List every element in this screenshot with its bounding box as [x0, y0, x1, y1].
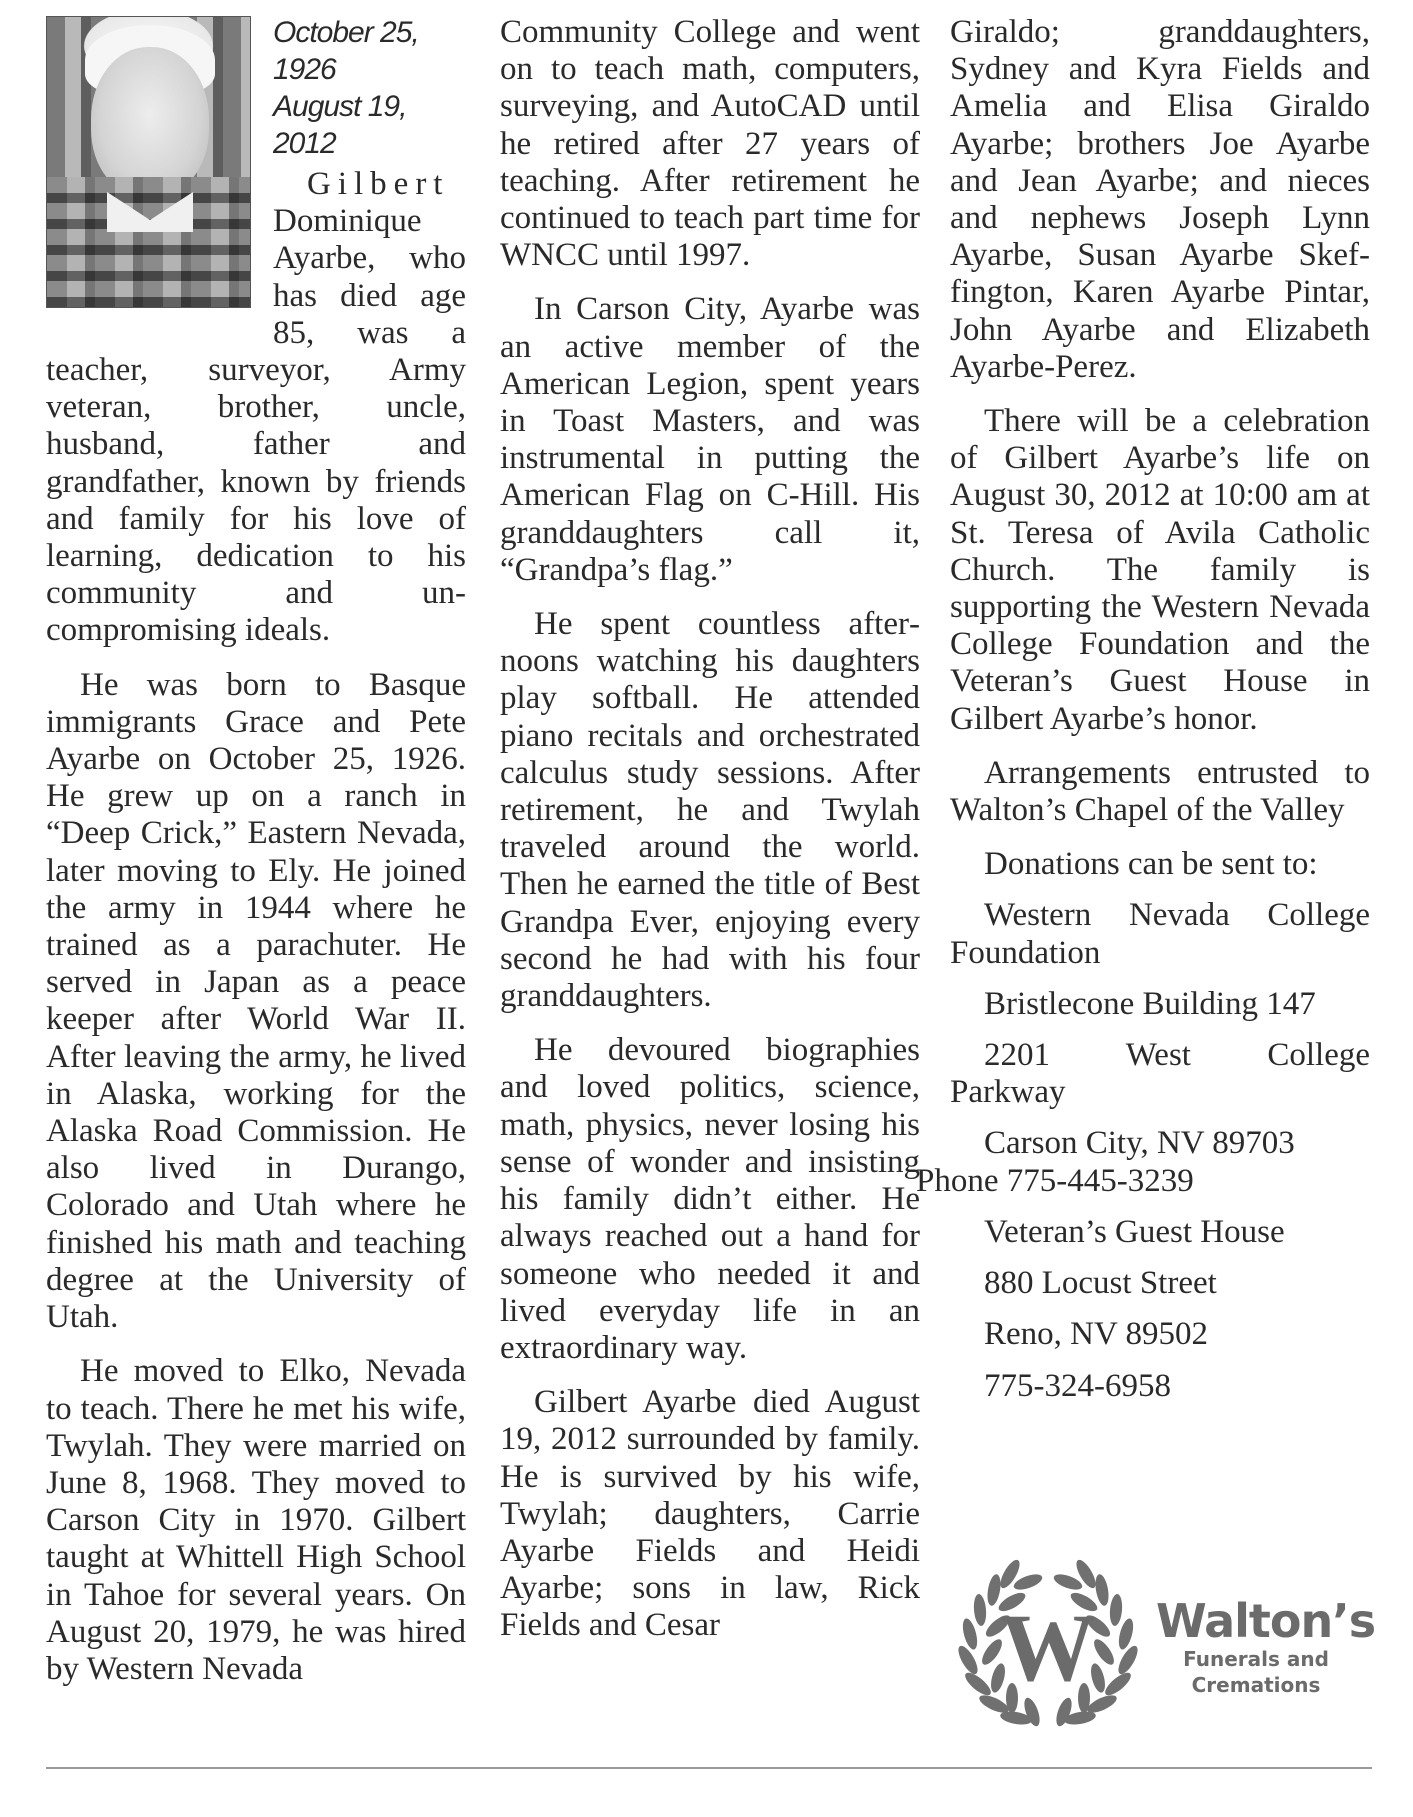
donation-org1-street: 2201 West College Parkway: [950, 1037, 1370, 1111]
portrait-photo: [46, 16, 251, 308]
paragraph-interests: He devoured biographies and loved politi…: [500, 1032, 920, 1367]
logo-wordmark: Walton’s Funerals and Cremations: [1156, 1596, 1356, 1698]
donation-org1-city: Carson City, NV 89703: [984, 1125, 1295, 1161]
bottom-divider-rule: [46, 1767, 1372, 1769]
donations-intro: Donations can be sent to:: [950, 846, 1370, 883]
column-3: Giraldo; granddaughters, Sydney and Kyra…: [950, 14, 1370, 1419]
logo-tagline-line1: Funerals and: [1156, 1646, 1356, 1672]
logo-monogram: W: [1000, 1594, 1096, 1701]
column-1: October 25, 1926 August 19, 2012 Gilbert…: [46, 14, 466, 1688]
donation-org1-city-phone: Carson City, NV 89703 Phone 775-445-3239: [950, 1125, 1370, 1199]
paragraph-career-continued: Community College and went on to teach m…: [500, 14, 920, 274]
donation-org2-name: Veteran’s Guest House: [950, 1214, 1370, 1251]
waltons-logo: W Walton’s Funerals and Cremations: [948, 1552, 1358, 1737]
column-2: Community College and went on to teach m…: [500, 14, 920, 1645]
donation-org1-name: Western Nevada College Foundation: [950, 897, 1370, 971]
deceased-first-name: Gilbert: [307, 166, 449, 202]
photo-face: [91, 47, 209, 197]
logo-name: Walton’s: [1156, 1596, 1356, 1646]
logo-tagline-line2: Cremations: [1156, 1672, 1356, 1698]
donation-org2-city: Reno, NV 89502: [950, 1316, 1370, 1353]
paragraph-family-life: He spent countless after­noons watching …: [500, 606, 920, 1015]
paragraph-early-life: He was born to Basque immigrants Grace a…: [46, 667, 466, 1337]
donation-org2-phone: 775-324-6958: [950, 1368, 1370, 1405]
donations-section: Donations can be sent to: Western Nevada…: [950, 846, 1370, 1404]
paragraph-survivors: Gilbert Ayarbe died Au­gust 19, 2012 sur…: [500, 1384, 920, 1644]
paragraph-carson-city: In Carson City, Ayarbe was an active mem…: [500, 291, 920, 589]
donation-org2-street: 880 Locust Street: [950, 1265, 1370, 1302]
donation-org1-building: Bristlecone Building 147: [950, 986, 1370, 1023]
paragraph-arrangements: Arrangements entrusted to Walton’s Chape…: [950, 755, 1370, 829]
donation-org1-phone: Phone 775-445-3239: [916, 1163, 1194, 1199]
photo-plaid-shirt: [47, 177, 250, 308]
paragraph-career-start: He moved to Elko, Ne­vada to teach. Ther…: [46, 1353, 466, 1688]
laurel-wreath-icon: W: [948, 1552, 1148, 1737]
paragraph-celebration: There will be a celebra­tion of Gilbert …: [950, 403, 1370, 738]
paragraph-survivors-continued: Giraldo; granddaughters, Sydney and Kyra…: [950, 14, 1370, 386]
